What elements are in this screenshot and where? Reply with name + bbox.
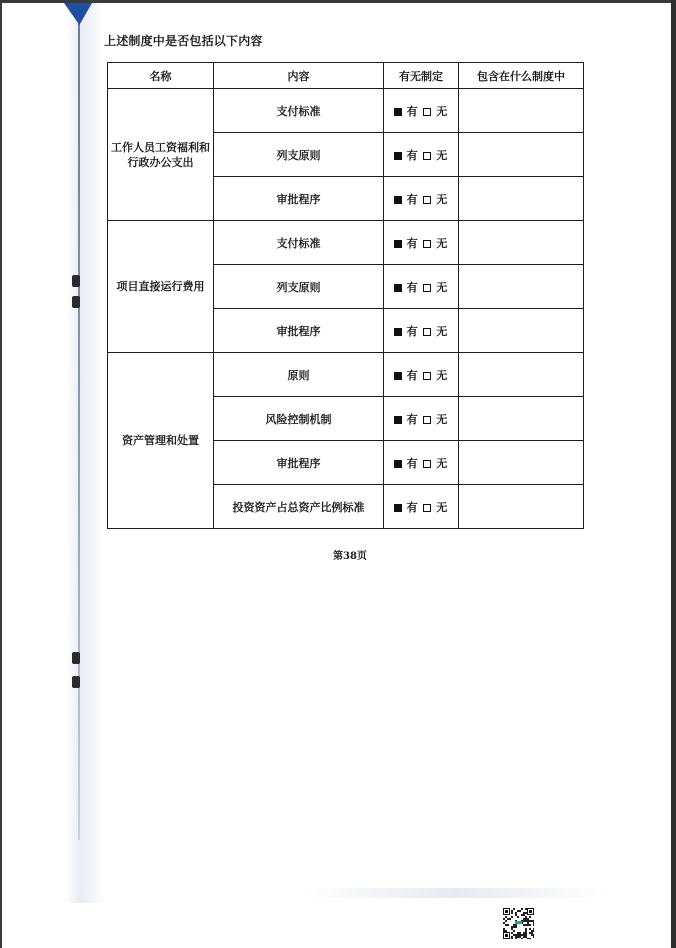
content-cell: 原则 (214, 353, 384, 397)
included-in-cell[interactable] (459, 89, 584, 133)
checked-box-icon[interactable] (394, 152, 402, 160)
checked-box-icon[interactable] (394, 504, 402, 512)
unchecked-box-icon[interactable] (423, 240, 431, 248)
binding-edge (78, 20, 80, 840)
category-cell: 工作人员工资福利和行政办公支出 (108, 89, 214, 221)
page-shadow (300, 888, 610, 898)
checked-box-icon[interactable] (394, 460, 402, 468)
has-label: 有 (407, 237, 419, 250)
has-label: 有 (407, 501, 419, 514)
established-cell: 有 无 (384, 177, 459, 221)
binding-clip (72, 652, 80, 664)
qr-code-icon (503, 908, 534, 939)
has-label: 有 (407, 369, 419, 382)
table-header-row: 名称 内容 有无制定 包含在什么制度中 (108, 63, 584, 89)
unchecked-box-icon[interactable] (423, 460, 431, 468)
binding-clip (72, 296, 80, 308)
unchecked-box-icon[interactable] (423, 416, 431, 424)
included-in-cell[interactable] (459, 441, 584, 485)
established-cell: 有 无 (384, 221, 459, 265)
none-label: 无 (436, 325, 448, 338)
table-row: 项目直接运行费用支付标准 有 无 (108, 221, 584, 265)
binding-shadow (66, 3, 106, 903)
checked-box-icon[interactable] (394, 416, 402, 424)
scan-border-right (671, 0, 676, 948)
established-cell: 有 无 (384, 133, 459, 177)
content-cell: 支付标准 (214, 89, 384, 133)
header-content: 内容 (214, 63, 384, 89)
none-label: 无 (436, 457, 448, 470)
included-in-cell[interactable] (459, 221, 584, 265)
policy-table: 名称 内容 有无制定 包含在什么制度中 工作人员工资福利和行政办公支出支付标准 … (107, 62, 584, 529)
category-cell: 项目直接运行费用 (108, 221, 214, 353)
unchecked-box-icon[interactable] (423, 504, 431, 512)
content-cell: 风险控制机制 (214, 397, 384, 441)
included-in-cell[interactable] (459, 265, 584, 309)
unchecked-box-icon[interactable] (423, 284, 431, 292)
has-label: 有 (407, 457, 419, 470)
header-included-in: 包含在什么制度中 (459, 63, 584, 89)
header-name: 名称 (108, 63, 214, 89)
checked-box-icon[interactable] (394, 284, 402, 292)
category-cell: 资产管理和处置 (108, 353, 214, 529)
none-label: 无 (436, 281, 448, 294)
content-cell: 支付标准 (214, 221, 384, 265)
table-row: 工作人员工资福利和行政办公支出支付标准 有 无 (108, 89, 584, 133)
has-label: 有 (407, 281, 419, 294)
none-label: 无 (436, 369, 448, 382)
included-in-cell[interactable] (459, 133, 584, 177)
included-in-cell[interactable] (459, 485, 584, 529)
table-row: 资产管理和处置原则 有 无 (108, 353, 584, 397)
established-cell: 有 无 (384, 485, 459, 529)
none-label: 无 (436, 149, 448, 162)
unchecked-box-icon[interactable] (423, 372, 431, 380)
content-cell: 投资资产占总资产比例标准 (214, 485, 384, 529)
included-in-cell[interactable] (459, 353, 584, 397)
established-cell: 有 无 (384, 309, 459, 353)
has-label: 有 (407, 105, 419, 118)
established-cell: 有 无 (384, 397, 459, 441)
none-label: 无 (436, 105, 448, 118)
included-in-cell[interactable] (459, 177, 584, 221)
header-established: 有无制定 (384, 63, 459, 89)
none-label: 无 (436, 193, 448, 206)
established-cell: 有 无 (384, 441, 459, 485)
scan-border-left (0, 0, 2, 948)
content-cell: 审批程序 (214, 441, 384, 485)
has-label: 有 (407, 193, 419, 206)
checked-box-icon[interactable] (394, 240, 402, 248)
page-number: 第38页 (333, 547, 367, 562)
has-label: 有 (407, 413, 419, 426)
binding-clip (72, 676, 80, 688)
unchecked-box-icon[interactable] (423, 196, 431, 204)
included-in-cell[interactable] (459, 309, 584, 353)
checked-box-icon[interactable] (394, 328, 402, 336)
has-label: 有 (407, 149, 419, 162)
intro-text: 上述制度中是否包括以下内容 (104, 32, 263, 49)
unchecked-box-icon[interactable] (423, 328, 431, 336)
none-label: 无 (436, 501, 448, 514)
checked-box-icon[interactable] (394, 108, 402, 116)
unchecked-box-icon[interactable] (423, 152, 431, 160)
has-label: 有 (407, 325, 419, 338)
established-cell: 有 无 (384, 353, 459, 397)
content-cell: 审批程序 (214, 309, 384, 353)
established-cell: 有 无 (384, 89, 459, 133)
included-in-cell[interactable] (459, 397, 584, 441)
binding-clip (72, 275, 80, 287)
none-label: 无 (436, 413, 448, 426)
content-cell: 审批程序 (214, 177, 384, 221)
content-cell: 列支原则 (214, 133, 384, 177)
established-cell: 有 无 (384, 265, 459, 309)
checked-box-icon[interactable] (394, 196, 402, 204)
none-label: 无 (436, 237, 448, 250)
checked-box-icon[interactable] (394, 372, 402, 380)
content-cell: 列支原则 (214, 265, 384, 309)
unchecked-box-icon[interactable] (423, 108, 431, 116)
